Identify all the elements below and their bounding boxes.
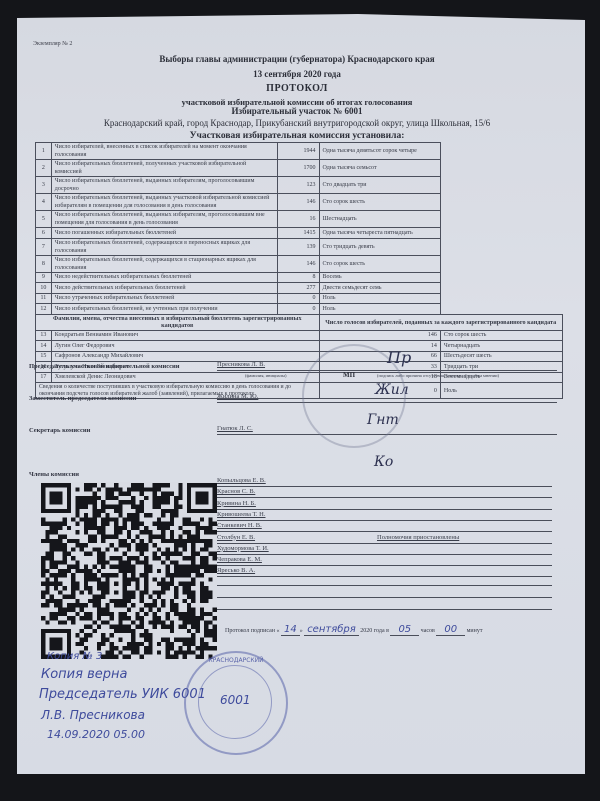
row-value: 16 [278,211,319,228]
member-name: Кривина Н. Б. [217,500,256,507]
row-value-words: Ноль [319,304,440,315]
handwritten-date: 14.09.2020 05.00 [47,728,145,741]
member-name: Краснов С. В. [217,488,255,495]
election-title: Выборы главы администрации (губернатора)… [17,54,577,64]
candidates-header-row: Фамилии, имена, отчества внесенных в изб… [36,314,563,330]
row-number: 17 [36,372,52,383]
row-value-words: Двести семьдесят семь [319,283,440,294]
table-row: 5Число избирательных бюллетеней, выданны… [36,211,563,228]
handwritten-chair: Председатель УИК 6001 [39,687,206,702]
minutes-label: минут [467,628,483,634]
deputy-role: Заместитель председателя комиссии [29,395,136,402]
candidates-votes-header: Число голосов избирателей, поданных за к… [319,314,563,330]
table-row: 8Число избирательных бюллетеней, содержа… [36,255,563,272]
row-label: Число избирательных бюллетеней, выданных… [51,211,278,228]
table-row: 2Число избирательных бюллетеней, получен… [36,160,563,177]
row-label: Число избирательных бюллетеней, полученн… [51,160,278,177]
row-number: 15 [36,351,52,362]
table-row: 4Число избирательных бюллетеней, выданны… [36,194,563,211]
member-signature-line [217,520,552,521]
row-number: 13 [36,330,52,341]
row-label: Число избирательных бюллетеней, содержащ… [51,238,278,255]
candidate-name: Лугин Олег Федорович [51,341,319,352]
row-number: 8 [36,255,52,272]
row-number: 3 [36,177,52,194]
member-name: Копыльцова Е. В. [217,477,266,484]
table-row: 3Число избирательных бюллетеней, выданны… [36,177,563,194]
table-row: 12Число избирательных бюллетеней, не учт… [36,304,563,315]
blank-line [217,609,552,610]
row-label: Число избирательных бюллетеней, не учтен… [51,304,278,315]
row-label: Число недействительных избирательных бюл… [51,272,278,283]
signed-minutes: 00 [436,624,465,636]
table-row: 7Число избирательных бюллетеней, содержа… [36,238,563,255]
signed-at-line: Протокол подписан « 14» сентября 2020 го… [225,624,482,635]
member-name: Столбун Е. В. [217,534,255,541]
row-number: 2 [36,160,52,177]
row-label: Число избирательных бюллетеней, выданных… [51,194,278,211]
member-name: Яресько В. А. [217,567,255,574]
row-value: 146 [278,255,319,272]
row-value: 0 [278,304,319,315]
row-value: 123 [278,177,319,194]
member-name: Кривошеева Т. Н. [217,511,266,518]
candidate-name: Кондратьев Вениамин Иванович [51,330,319,341]
deputy-name: Жилина М. Ю. [217,393,258,400]
member-signature-line [217,576,552,577]
row-number: 12 [36,304,52,315]
row-label: Число утраченных избирательных бюллетене… [51,293,278,304]
handwritten-chair-name: Л.В. Пресникова [41,708,145,722]
row-number: 5 [36,211,52,228]
row-number: 7 [36,238,52,255]
signed-month: сентября [304,624,359,636]
member-signature-line [217,543,552,544]
row-value: 8 [278,272,319,283]
commission-stamp: КРАСНОДАРСКИЙ 6001 [184,651,288,755]
candidate-votes-words: Четырнадцать [440,341,562,352]
table-row: 6Число погашенных избирательных бюллетен… [36,228,563,239]
table-row: 11Число утраченных избирательных бюллете… [36,293,563,304]
blank-line [217,585,552,586]
hours-label: часов [421,628,435,634]
precinct-address: Краснодарский край, город Краснодар, При… [17,118,577,128]
row-label: Число избирательных бюллетеней, содержащ… [51,255,278,272]
row-value-words: Сто сорок шесть [319,194,440,211]
row-label: Число действительных избирательных бюлле… [51,283,278,294]
members-role: Члены комиссии [29,471,79,478]
commission-established: Участковая избирательная комиссия устано… [17,131,577,141]
signed-at-prefix: Протокол подписан « [225,628,279,634]
row-value-words: Ноль [319,293,440,304]
signed-hours: 05 [390,624,419,636]
row-value-words: Одна тысяча девятьсот сорок четыре [319,143,440,160]
row-value-words: Одна тысяча четыреста пятнадцать [319,228,440,239]
row-number: 1 [36,143,52,160]
row-value-words: Сто двадцать три [319,177,440,194]
chair-role: Председатель участковой избирательной ко… [29,363,180,370]
row-value: 0 [278,293,319,304]
blank-line [217,597,552,598]
signed-day: 14 [281,624,300,636]
row-label: Число избирательных бюллетеней, выданных… [51,177,278,194]
row-number: 4 [36,194,52,211]
row-number: 6 [36,228,52,239]
row-number: 9 [36,272,52,283]
row-value: 1415 [278,228,319,239]
member-name: Худомормова Т. И. [217,545,269,552]
complaints-value-words: Ноль [440,383,562,399]
row-value: 146 [278,194,319,211]
table-row: 9Число недействительных избирательных бю… [36,272,563,283]
member-signature-line [217,486,552,487]
row-number: 14 [36,341,52,352]
member-signature-line [217,509,552,510]
signed-year: 2020 года в [360,628,389,634]
member-signature-line [217,531,552,532]
signed-at-quote: » [300,628,303,634]
name-caption: (фамилия, инициалы) [245,373,287,378]
row-value: 1700 [278,160,319,177]
deputy-signature: Жил [375,382,409,398]
stamp-number: 6001 [220,693,251,707]
secretary-name: Гнатюк Л. С. [217,425,253,432]
row-label: Число погашенных избирательных бюллетене… [51,228,278,239]
candidate-votes: 146 [319,330,440,341]
member-signature-line [217,554,552,555]
row-value-words: Сто тридцать девять [319,238,440,255]
row-value: 139 [278,238,319,255]
precinct-number: Избирательный участок № 6001 [17,106,577,116]
table-row: 10Число действительных избирательных бюл… [36,283,563,294]
qr-code [41,482,217,660]
candidate-row: 14Лугин Олег Федорович14Четырнадцать [36,341,563,352]
row-value-words: Сто сорок шесть [319,255,440,272]
row-value-words: Восемь [319,272,440,283]
row-number: 11 [36,293,52,304]
stamp-text: КРАСНОДАРСКИЙ [186,657,286,664]
powers-suspended-note: Полномочия приостановлены [377,534,459,541]
results-table: 1Число избирателей, внесенных в список и… [35,142,563,399]
secretary-signature: Гнт [367,412,399,428]
copy-label: Экземпляр № 2 [33,41,72,47]
candidates-names-header: Фамилии, имена, отчества внесенных в изб… [36,314,320,330]
chair-signature: Пр [387,348,411,367]
row-number: 10 [36,283,52,294]
chair-name: Пресникова Л. В. [217,361,265,368]
protocol-heading: ПРОТОКОЛ [17,83,577,94]
handwritten-copy-certified: Копия верна [41,667,127,682]
row-value-words: Шестнадцать [319,211,440,228]
member-signature: Ко [374,454,393,470]
row-value: 277 [278,283,319,294]
member-name: Станкевич Н. В. [217,522,262,529]
candidate-votes-words: Шестьдесят шесть [440,351,562,362]
election-date: 13 сентября 2020 года [17,69,577,79]
secretary-role: Секретарь комиссии [29,427,90,434]
row-value-words: Одна тысяча семьсот [319,160,440,177]
candidate-votes-words: Сто сорок шесть [440,330,562,341]
candidate-row: 15Сафронов Александр Михайлович66Шестьде… [36,351,563,362]
protocol-sheet: Экземпляр № 2 Выборы главы администрации… [17,14,585,774]
table-row: 1Число избирателей, внесенных в список и… [36,143,563,160]
member-name: Чепракова Е. М. [217,556,262,563]
candidate-row: 13Кондратьев Вениамин Иванович146Сто сор… [36,330,563,341]
member-signature-line [217,565,552,566]
row-label: Число избирателей, внесенных в список из… [51,143,278,160]
row-value: 1944 [278,143,319,160]
member-signature-line [217,497,552,498]
handwritten-copy-number: Копия № 3 [47,651,102,662]
candidate-name: Сафронов Александр Михайлович [51,351,319,362]
